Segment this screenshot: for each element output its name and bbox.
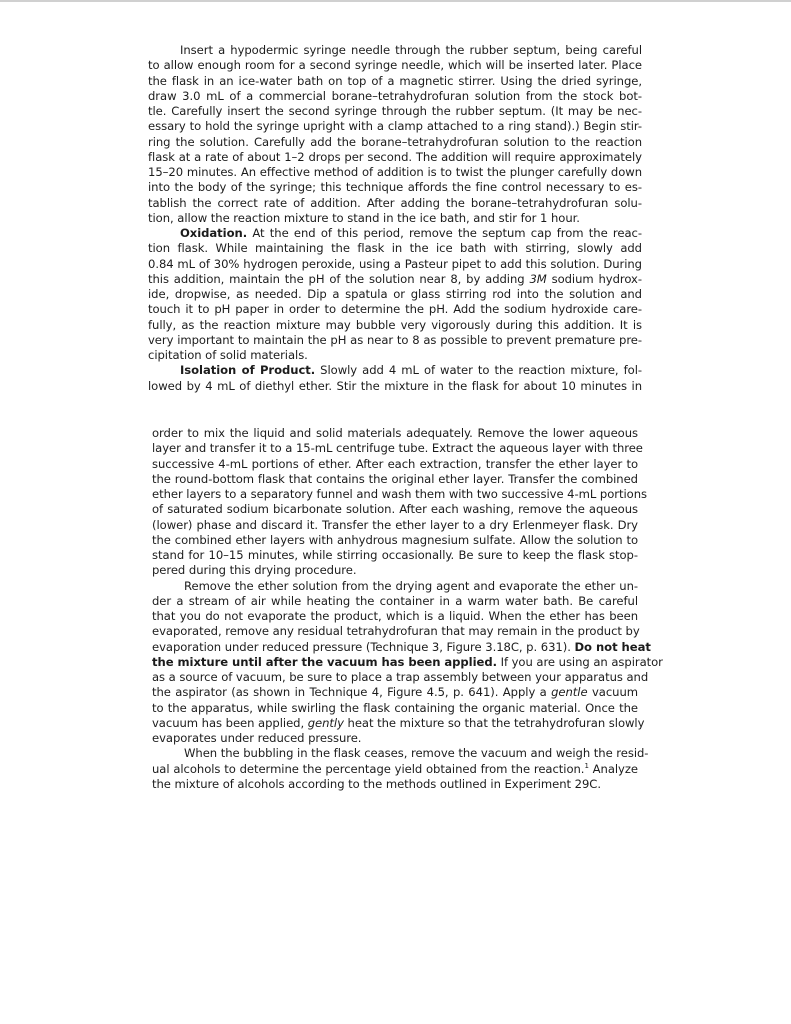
text-line: ual alcohols to determine the percentage…	[152, 762, 638, 777]
text-line: When the bubbling in the flask ceases, r…	[152, 746, 638, 761]
text-run: draw 3.0 mL of a commercial borane–tetra…	[148, 89, 642, 103]
italic-text: gently	[308, 716, 344, 730]
text-line: ide, dropwise, as needed. Dip a spatula …	[148, 287, 642, 302]
text-run: stand for 10–15 minutes, while stirring …	[152, 548, 638, 562]
text-line: essary to hold the syringe upright with …	[148, 119, 642, 134]
text-run: At the end of this period, remove the se…	[247, 226, 642, 240]
text-run: touch it to pH paper in order to determi…	[148, 302, 642, 316]
text-line: lowed by 4 mL of diethyl ether. Stir the…	[148, 379, 642, 394]
text-run: this addition, maintain the pH of the so…	[148, 272, 529, 286]
text-run: essary to hold the syringe upright with …	[148, 119, 642, 133]
text-run: to allow enough room for a second syring…	[148, 58, 642, 72]
text-run: the flask in an ice-water bath on top of…	[148, 74, 642, 88]
text-run: layer and transfer it to a 15-mL centrif…	[152, 441, 643, 455]
text-line: Remove the ether solution from the dryin…	[152, 579, 638, 594]
text-run: Analyze	[589, 762, 638, 776]
text-run: very important to maintain the pH as nea…	[148, 333, 642, 347]
text-line: (lower) phase and discard it. Transfer t…	[152, 518, 638, 533]
text-line: touch it to pH paper in order to determi…	[148, 302, 642, 317]
text-line: vacuum has been applied, gently heat the…	[152, 716, 638, 731]
text-line: the flask in an ice-water bath on top of…	[148, 74, 642, 89]
text-run: (lower) phase and discard it. Transfer t…	[152, 518, 638, 532]
bold-text: Isolation of Product.	[180, 363, 315, 377]
text-line: the round-bottom flask that contains the…	[152, 472, 638, 487]
text-block-lower: order to mix the liquid and solid materi…	[152, 426, 638, 792]
text-run: evaporation under reduced pressure (Tech…	[152, 640, 574, 654]
text-run: that you do not evaporate the product, w…	[152, 609, 638, 623]
text-line: tion flask. While maintaining the flask …	[148, 241, 642, 256]
text-run: heat the mixture so that the tetrahydrof…	[344, 716, 645, 730]
italic-text: 3M	[529, 272, 546, 286]
text-run: ring the solution. Carefully add the bor…	[148, 135, 642, 149]
text-line: of saturated sodium bicarbonate solution…	[152, 502, 638, 517]
text-block-upper: Insert a hypodermic syringe needle throu…	[148, 43, 642, 394]
text-run: successive 4-mL portions of ether. After…	[152, 457, 638, 471]
text-line: stand for 10–15 minutes, while stirring …	[152, 548, 638, 563]
text-run: ual alcohols to determine the percentage…	[152, 762, 584, 776]
text-line: into the body of the syringe; this techn…	[148, 180, 642, 195]
text-run: the aspirator (as shown in Technique 4, …	[152, 685, 551, 699]
text-run: the round-bottom flask that contains the…	[152, 472, 638, 486]
text-line: fully, as the reaction mixture may bubbl…	[148, 318, 642, 333]
text-run: order to mix the liquid and solid materi…	[152, 426, 638, 440]
text-line: the combined ether layers with anhydrous…	[152, 533, 638, 548]
text-line: tle. Carefully insert the second syringe…	[148, 104, 642, 119]
text-line: Oxidation. At the end of this period, re…	[148, 226, 642, 241]
text-line: tablish the correct rate of addition. Af…	[148, 196, 642, 211]
text-run: tle. Carefully insert the second syringe…	[148, 104, 642, 118]
text-run: 15–20 minutes. An effective method of ad…	[148, 165, 642, 179]
text-run: the combined ether layers with anhydrous…	[152, 533, 638, 547]
text-line: order to mix the liquid and solid materi…	[152, 426, 638, 441]
text-run: Insert a hypodermic syringe needle throu…	[180, 43, 642, 57]
text-line: cipitation of solid materials.	[148, 348, 642, 363]
bold-text: Oxidation.	[180, 226, 247, 240]
bold-text: the mixture until after the vacuum has b…	[152, 655, 497, 669]
text-line: the mixture until after the vacuum has b…	[152, 655, 638, 670]
text-run: tion, allow the reaction mixture to stan…	[148, 211, 580, 225]
text-run: into the body of the syringe; this techn…	[148, 180, 642, 194]
text-run: pered during this drying procedure.	[152, 563, 356, 577]
bold-text: Do not heat	[574, 640, 650, 654]
text-run: tion flask. While maintaining the flask …	[148, 241, 642, 255]
text-line: very important to maintain the pH as nea…	[148, 333, 642, 348]
text-line: 15–20 minutes. An effective method of ad…	[148, 165, 642, 180]
text-line: the mixture of alcohols according to the…	[152, 777, 638, 792]
text-run: evaporated, remove any residual tetrahyd…	[152, 624, 640, 638]
text-line: flask at a rate of about 1–2 drops per s…	[148, 150, 642, 165]
top-border	[0, 0, 791, 2]
text-run: ide, dropwise, as needed. Dip a spatula …	[148, 287, 642, 301]
text-run: the mixture of alcohols according to the…	[152, 777, 601, 791]
text-run: tablish the correct rate of addition. Af…	[148, 196, 642, 210]
text-run: cipitation of solid materials.	[148, 348, 308, 362]
text-line: ring the solution. Carefully add the bor…	[148, 135, 642, 150]
vertical-scrollbar[interactable]	[777, 0, 791, 1024]
text-line: that you do not evaporate the product, w…	[152, 609, 638, 624]
text-line: to the apparatus, while swirling the fla…	[152, 701, 638, 716]
text-line: ether layers to a separatory funnel and …	[152, 487, 638, 502]
text-run: Remove the ether solution from the dryin…	[184, 579, 638, 593]
text-line: layer and transfer it to a 15-mL centrif…	[152, 441, 638, 456]
text-run: If you are using an aspirator	[497, 655, 663, 669]
text-line: Insert a hypodermic syringe needle throu…	[148, 43, 642, 58]
text-line: this addition, maintain the pH of the so…	[148, 272, 642, 287]
text-line: draw 3.0 mL of a commercial borane–tetra…	[148, 89, 642, 104]
text-run: der a stream of air while heating the co…	[152, 594, 638, 608]
text-run: of saturated sodium bicarbonate solution…	[152, 502, 638, 516]
text-line: 0.84 mL of 30% hydrogen peroxide, using …	[148, 257, 642, 272]
text-run: evaporates under reduced pressure.	[152, 731, 361, 745]
text-line: as a source of vacuum, be sure to place …	[152, 670, 638, 685]
text-line: Isolation of Product. Slowly add 4 mL of…	[148, 363, 642, 378]
text-line: the aspirator (as shown in Technique 4, …	[152, 685, 638, 700]
italic-text: gentle	[551, 685, 587, 699]
text-run: sodium hydrox-	[547, 272, 642, 286]
text-line: tion, allow the reaction mixture to stan…	[148, 211, 642, 226]
text-run: lowed by 4 mL of diethyl ether. Stir the…	[148, 379, 642, 393]
text-run: vacuum has been applied,	[152, 716, 308, 730]
text-run: vacuum	[588, 685, 638, 699]
text-run: to the apparatus, while swirling the fla…	[152, 701, 638, 715]
text-line: pered during this drying procedure.	[152, 563, 638, 578]
text-run: fully, as the reaction mixture may bubbl…	[148, 318, 642, 332]
text-run: 0.84 mL of 30% hydrogen peroxide, using …	[148, 257, 642, 271]
text-line: to allow enough room for a second syring…	[148, 58, 642, 73]
text-run: flask at a rate of about 1–2 drops per s…	[148, 150, 642, 164]
text-line: successive 4-mL portions of ether. After…	[152, 457, 638, 472]
text-line: der a stream of air while heating the co…	[152, 594, 638, 609]
text-run: When the bubbling in the flask ceases, r…	[184, 746, 648, 760]
text-line: evaporates under reduced pressure.	[152, 731, 638, 746]
text-line: evaporated, remove any residual tetrahyd…	[152, 624, 638, 639]
text-line: evaporation under reduced pressure (Tech…	[152, 640, 638, 655]
text-run: as a source of vacuum, be sure to place …	[152, 670, 648, 684]
text-run: ether layers to a separatory funnel and …	[152, 487, 647, 501]
text-run: Slowly add 4 mL of water to the reaction…	[315, 363, 642, 377]
